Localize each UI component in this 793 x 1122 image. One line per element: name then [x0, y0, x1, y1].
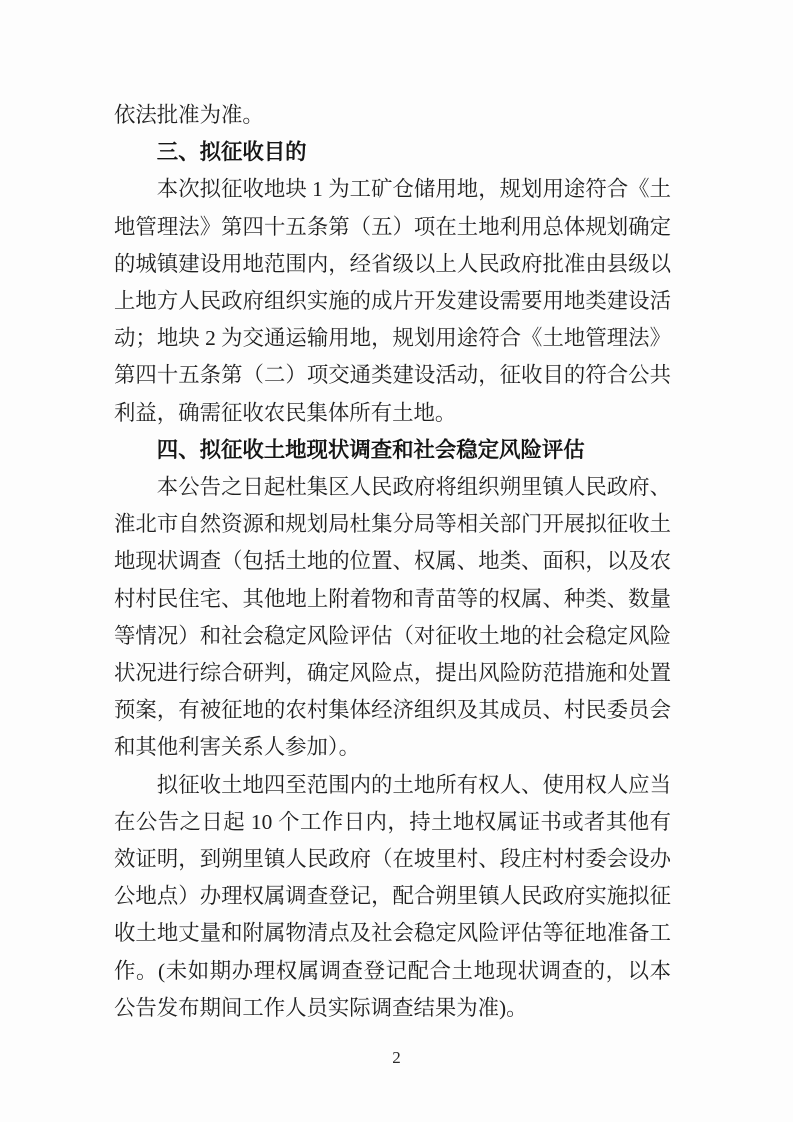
section-heading-survey-and-risk-assessment: 四、拟征收土地现状调查和社会稳定风险评估: [114, 432, 671, 469]
section-heading-expropriation-purpose: 三、拟征收目的: [114, 134, 671, 171]
document-body: 依法批准为准。 三、拟征收目的 本次拟征收地块 1 为工矿仓储用地，规划用途符合…: [114, 97, 671, 1027]
page-number: 2: [0, 1046, 793, 1070]
paragraph-continuation: 依法批准为准。: [114, 97, 671, 134]
paragraph-survey-and-risk-assessment: 本公告之日起杜集区人民政府将组织朔里镇人民政府、淮北市自然资源和规划局杜集分局等…: [114, 469, 671, 767]
paragraph-rights-registration: 拟征收土地四至范围内的土地所有权人、使用权人应当在公告之日起 10 个工作日内，…: [114, 767, 671, 1027]
paragraph-expropriation-purpose: 本次拟征收地块 1 为工矿仓储用地，规划用途符合《土地管理法》第四十五条第（五）…: [114, 171, 671, 431]
document-page: 依法批准为准。 三、拟征收目的 本次拟征收地块 1 为工矿仓储用地，规划用途符合…: [0, 0, 793, 1122]
